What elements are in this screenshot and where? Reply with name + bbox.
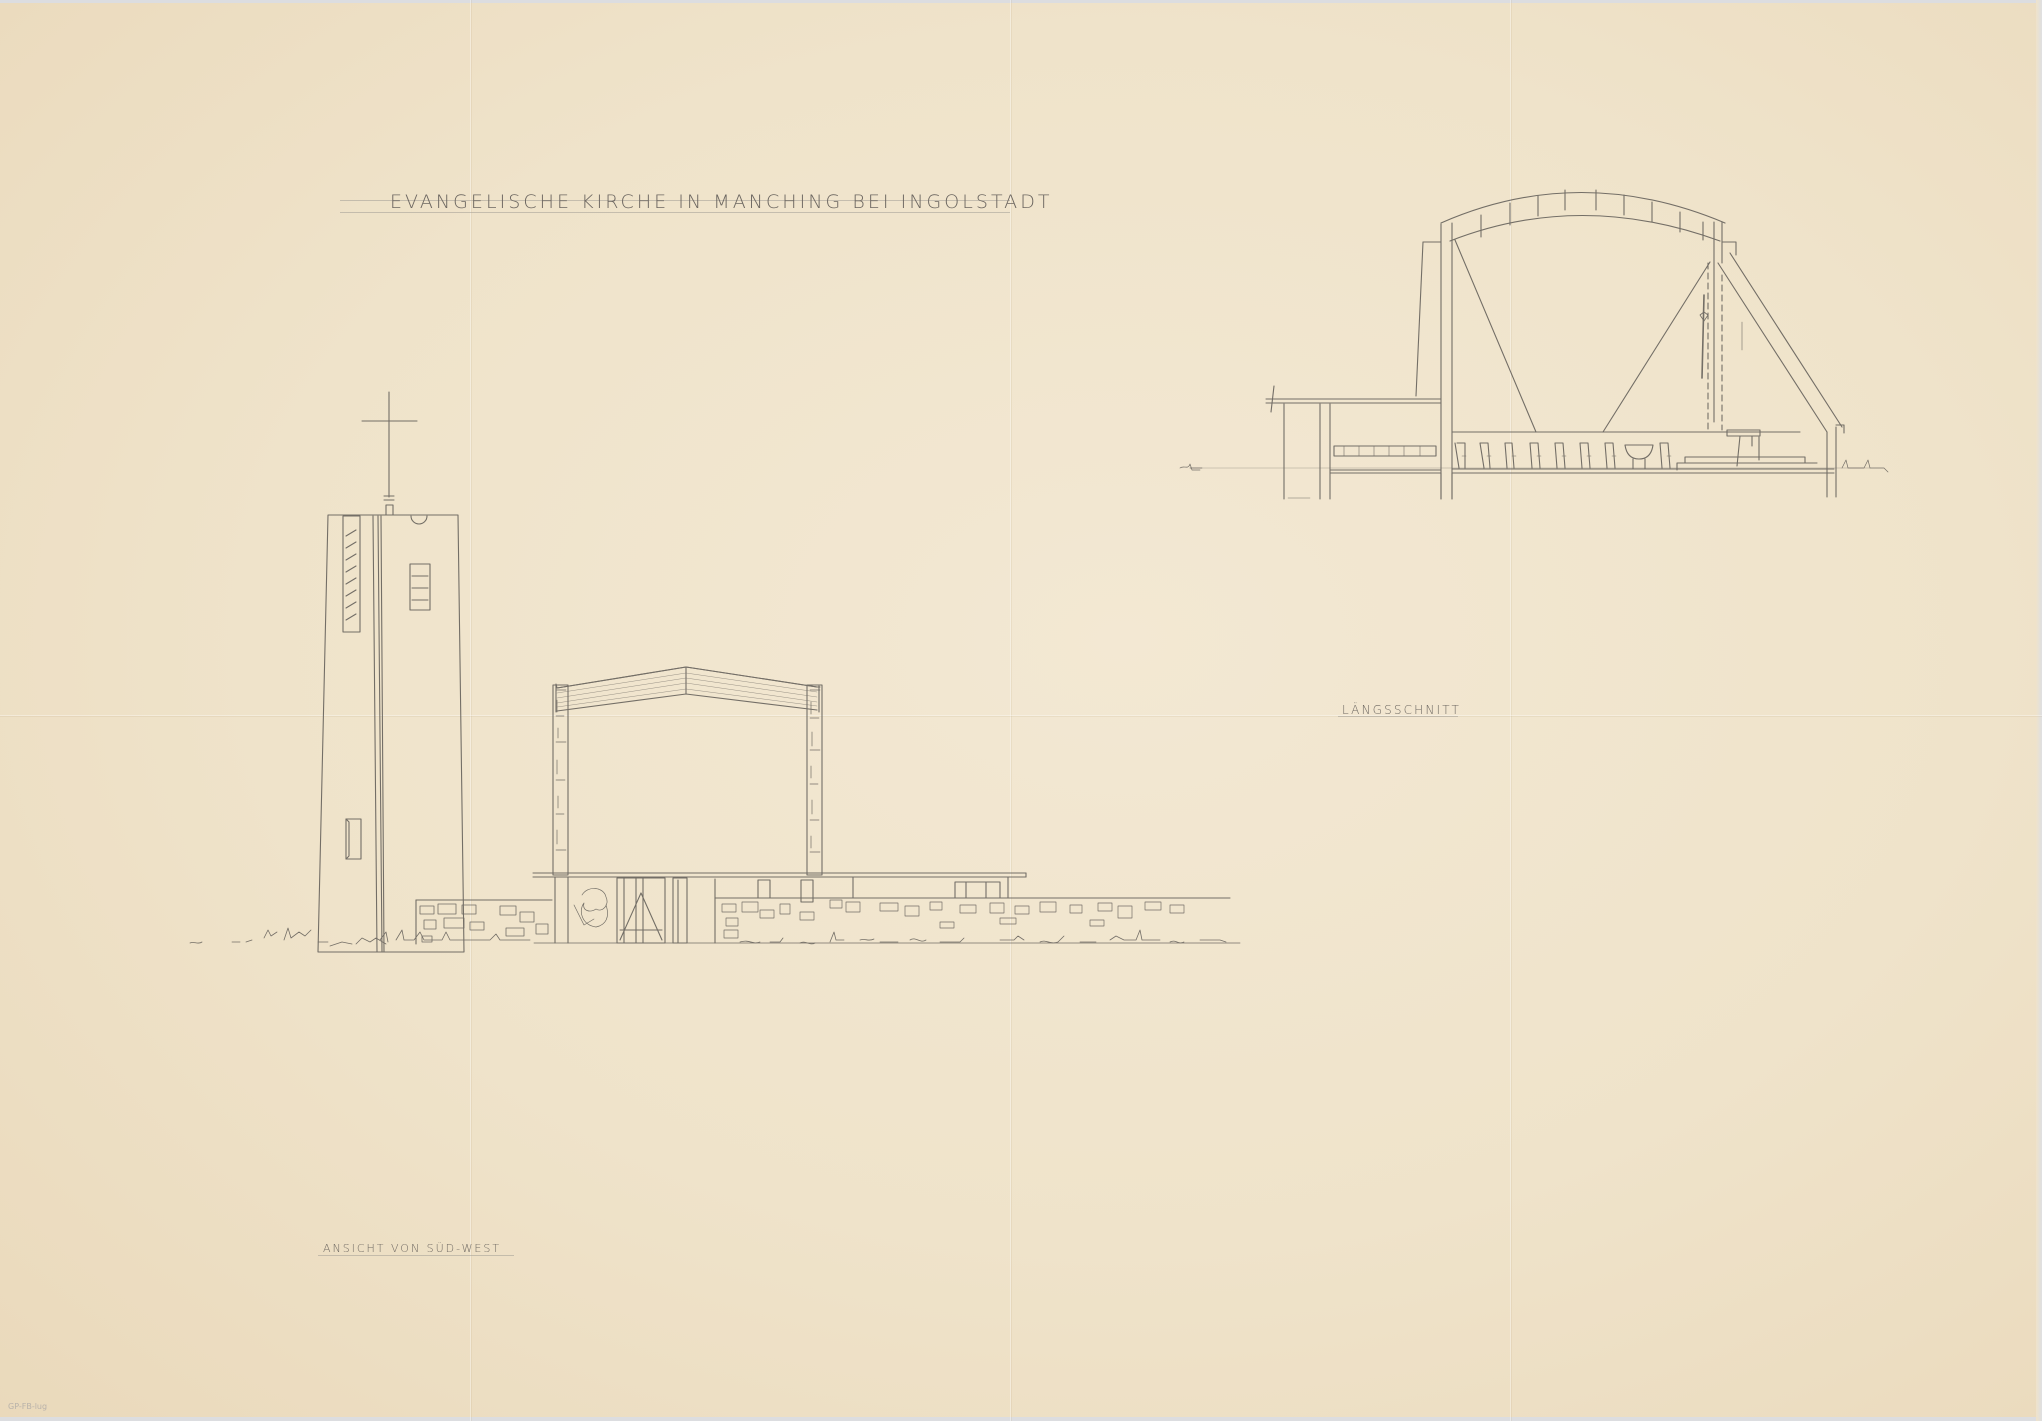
drawing-sheet: EVANGELISCHE KIRCHE IN MANCHING BEI INGO… (0, 0, 2042, 1421)
lower-building (533, 873, 1230, 943)
relief-artwork (581, 888, 607, 927)
baptismal-font (1625, 445, 1653, 469)
elevation-south-west (190, 392, 1240, 952)
nave-gable (553, 667, 822, 875)
vault-outer (1441, 193, 1725, 224)
stone-wall-left (416, 900, 552, 944)
longitudinal-section (1180, 190, 1888, 499)
bell-tower (318, 392, 464, 952)
line-drawing (0, 0, 2042, 1421)
